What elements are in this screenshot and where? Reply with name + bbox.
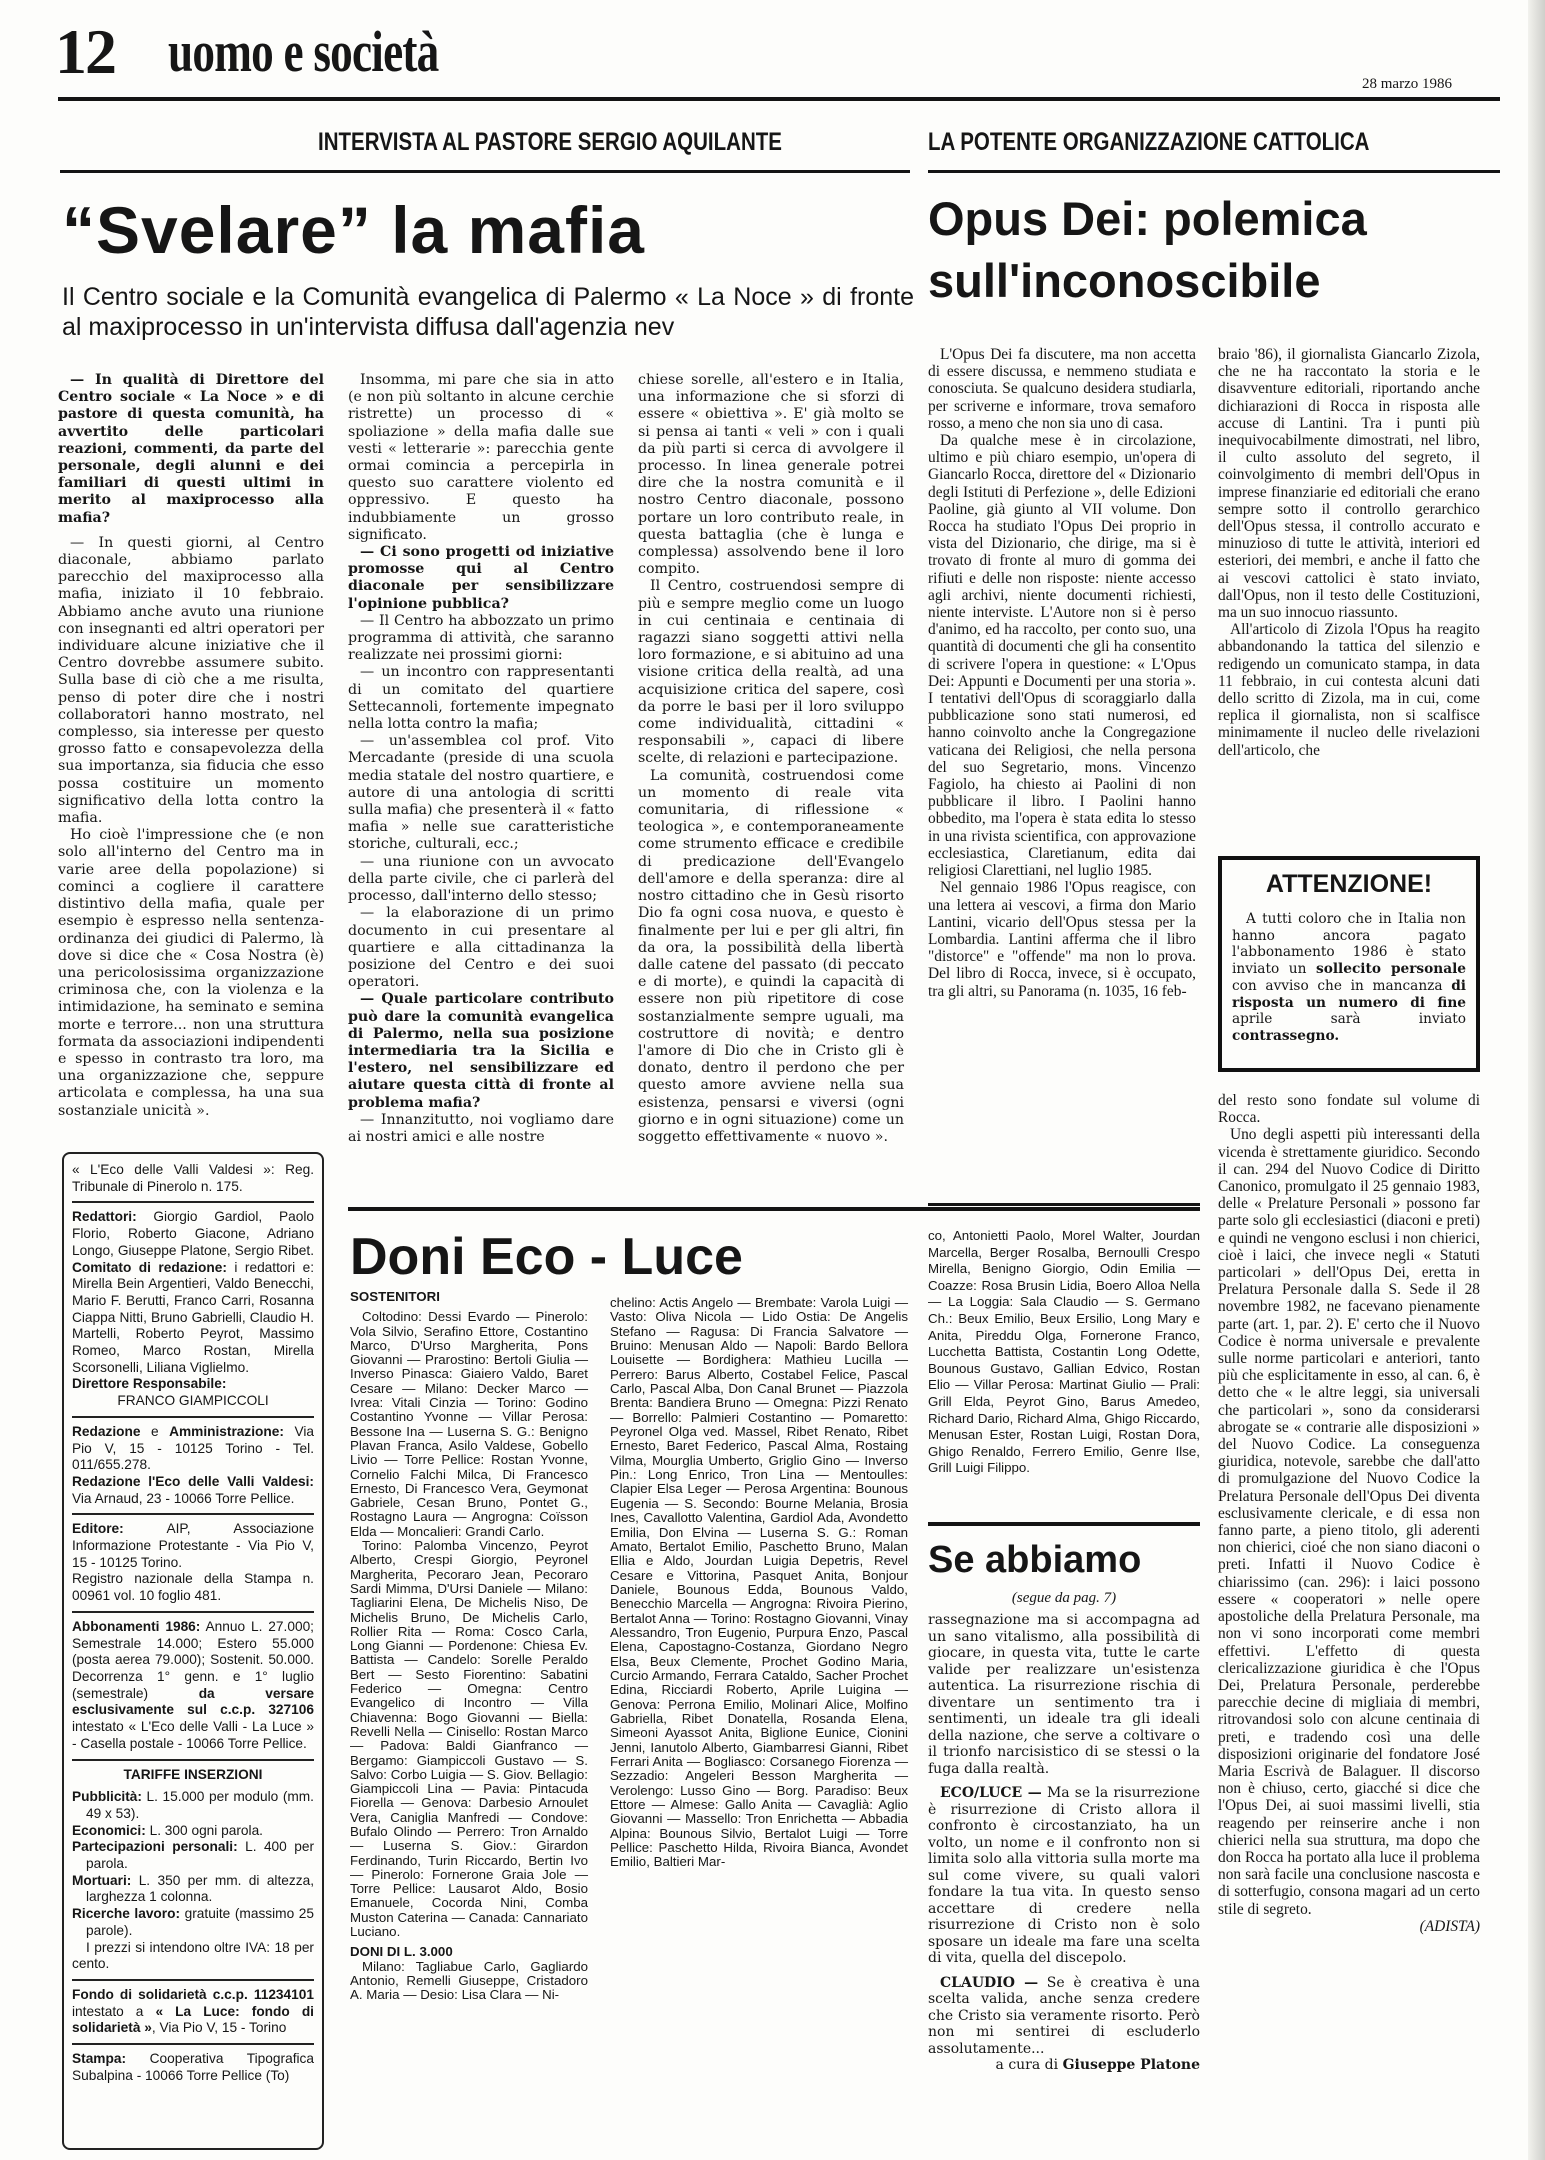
opus-paragraph: braio '86), il giornalista Giancarlo Ziz… [1218, 346, 1480, 621]
donor-list: chelino: Actis Angelo — Brembate: Varola… [610, 1296, 908, 1870]
kicker-rule-right [928, 170, 1500, 173]
editors-block: Redattori: Giorgio Gardiol, Paolo Florio… [72, 1209, 314, 1376]
kicker-opus: LA POTENTE ORGANIZZAZIONE CATTOLICA [928, 128, 1369, 156]
registration-text: « L'Eco delle Valli Valdesi »: Reg. Trib… [72, 1162, 314, 1195]
kicker-rule-left [60, 170, 910, 173]
section-divider [348, 1207, 1200, 1211]
director-label: Direttore Responsabile: [72, 1376, 314, 1393]
rate-item: Pubblicità: L. 15.000 per modulo (mm. 49… [72, 1789, 314, 1822]
headline-abbiamo: Se abbiamo [928, 1538, 1141, 1582]
eco-block: Redazione l'Eco delle Valli Valdesi: Via… [72, 1474, 314, 1507]
opus-paragraph: L'Opus Dei fa discutere, ma non accetta … [928, 346, 1196, 432]
rates-title: TARIFFE INSERZIONI [72, 1767, 314, 1784]
donor-list: Milano: Tagliabue Carlo, Gagliardo Anton… [350, 1960, 588, 2003]
abbiamo-paragraph: ECO/LUCE — Ma se la risurrezione è risur… [928, 1785, 1200, 1967]
interview-answer: La comunità, costruendosi come un moment… [638, 768, 904, 1146]
publisher-block: Editore: AIP, Associazione Informazione … [72, 1521, 314, 1571]
opus-paragraph: All'articolo di Zizola l'Opus ha reagito… [1218, 621, 1480, 759]
mafia-column-3: chiese sorelle, all'estero e in Italia, … [638, 372, 904, 1146]
interview-answer: — Il Centro ha abbozzato un primo progra… [348, 613, 614, 665]
notice-body: A tutti coloro che in Italia non hanno a… [1232, 911, 1466, 1045]
rate-item: Ricerche lavoro: gratuite (massimo 25 pa… [72, 1906, 314, 1939]
opus-column-1: L'Opus Dei fa discutere, ma non accetta … [928, 346, 1196, 1000]
interview-answer: Il Centro, costruendosi sempre di più e … [638, 578, 904, 767]
solidarity-fund: Fondo di solidarietà c.c.p. 11234101 int… [72, 1987, 314, 2037]
press-registry: Registro nazionale della Stampa n. 00961… [72, 1571, 314, 1604]
donor-list: Torino: Palomba Vincenzo, Peyrot Alberto… [350, 1539, 588, 1939]
notice-title: ATTENZIONE! [1232, 870, 1466, 899]
headline-mafia: “Svelare” la mafia [62, 195, 645, 265]
rate-item: Partecipazioni personali: L. 400 per par… [72, 1839, 314, 1872]
interview-question: — Quale particolare contributo può dare … [348, 991, 614, 1111]
notice-box: ATTENZIONE! A tutti coloro che in Italia… [1218, 856, 1480, 1072]
sostenitori-label: SOSTENITORI [350, 1290, 588, 1304]
headline-opus-line2: sull'inconoscibile [928, 255, 1320, 307]
opus-column-divider [928, 1203, 1200, 1206]
page-number: 12 [55, 20, 115, 84]
opus-paragraph: del resto sono fondate sul volume di Roc… [1218, 1092, 1480, 1126]
interview-answer: — una riunione con un avvocato della par… [348, 854, 614, 906]
interview-answer: — la elaborazione di un primo documento … [348, 905, 614, 991]
subtitle-mafia: Il Centro sociale e la Comunità evangeli… [62, 282, 914, 342]
abbiamo-byline: a cura di Giuseppe Platone [928, 2057, 1200, 2074]
interview-question: — Ci sono progetti od iniziative promoss… [348, 544, 614, 613]
opus-column-2-top: braio '86), il giornalista Giancarlo Ziz… [1218, 346, 1480, 759]
admin-block: Redazione e Amministrazione: Via Pio V, … [72, 1424, 314, 1474]
doni-3000-label: DONI DI L. 3.000 [350, 1945, 588, 1959]
donations-column-3: co, Antonietti Paolo, Morel Walter, Jour… [928, 1228, 1200, 1477]
rate-item: Economici: L. 300 ogni parola. [72, 1823, 314, 1840]
masthead-rule [58, 97, 1500, 101]
opus-paragraph: Da qualche mese è in circolazione, ultim… [928, 432, 1196, 879]
opus-column-2-bottom: del resto sono fondate sul volume di Roc… [1218, 1092, 1480, 1935]
donor-list: co, Antonietti Paolo, Morel Walter, Jour… [928, 1228, 1200, 1477]
abbiamo-paragraph: CLAUDIO — Se è creativa è una scelta val… [928, 1975, 1200, 2058]
interview-answer: Ho cioè l'impressione che (e non solo al… [58, 827, 324, 1119]
mafia-column-2: Insomma, mi pare che sia in atto (e non … [348, 372, 614, 1146]
subscriptions-block: Abbonamenti 1986: Annuo L. 27.000; Semes… [72, 1619, 314, 1753]
headline-opus-line1: Opus Dei: polemica [928, 193, 1367, 245]
abbiamo-column: rassegnazione ma si accompagna ad un san… [928, 1612, 1200, 2074]
donations-column-1: SOSTENITORI Coltodino: Dessi Evardo — Pi… [350, 1290, 588, 2003]
interview-question: — In qualità di Direttore del Centro soc… [58, 372, 324, 527]
interview-answer: — un incontro con rappresentanti di un c… [348, 664, 614, 733]
page-edge [1528, 0, 1545, 2160]
interview-answer: Insomma, mi pare che sia in atto (e non … [348, 372, 614, 544]
printer-block: Stampa: Cooperativa Tipografica Subalpin… [72, 2051, 314, 2084]
interview-answer: chiese sorelle, all'estero e in Italia, … [638, 372, 904, 578]
donations-end-rule [928, 1522, 1200, 1526]
mafia-column-1: — In qualità di Direttore del Centro soc… [58, 372, 324, 1120]
rate-item: Mortuari: L. 350 per mm. di altezza, lar… [72, 1873, 314, 1906]
opus-source: (ADISTA) [1218, 1918, 1480, 1935]
donor-list: Coltodino: Dessi Evardo — Pinerolo: Vola… [350, 1310, 588, 1539]
opus-paragraph: Uno degli aspetti più interessanti della… [1218, 1126, 1480, 1917]
section-title: uomo e società [168, 22, 439, 82]
interview-answer: — In questi giorni, al Centro diaconale,… [58, 535, 324, 827]
opus-paragraph: Nel gennaio 1986 l'Opus reagisce, con un… [928, 879, 1196, 999]
director-name: FRANCO GIAMPICCOLI [72, 1393, 314, 1410]
kicker-mafia: INTERVISTA AL PASTORE SERGIO AQUILANTE [318, 128, 782, 156]
abbiamo-paragraph: rassegnazione ma si accompagna ad un san… [928, 1612, 1200, 1777]
issue-date: 28 marzo 1986 [1362, 76, 1452, 93]
interview-answer: — un'assemblea col prof. Vito Mercadante… [348, 733, 614, 853]
vat-note: I prezzi si intendono oltre IVA: 18 per … [72, 1940, 314, 1973]
continued-from: (segue da pag. 7) [928, 1590, 1200, 1607]
colophon-box: « L'Eco delle Valli Valdesi »: Reg. Trib… [62, 1152, 324, 2150]
donations-column-2: chelino: Actis Angelo — Brembate: Varola… [610, 1296, 908, 1870]
interview-answer: — Innanzitutto, noi vogliamo dare ai nos… [348, 1112, 614, 1146]
headline-donations: Doni Eco - Luce [350, 1228, 743, 1286]
